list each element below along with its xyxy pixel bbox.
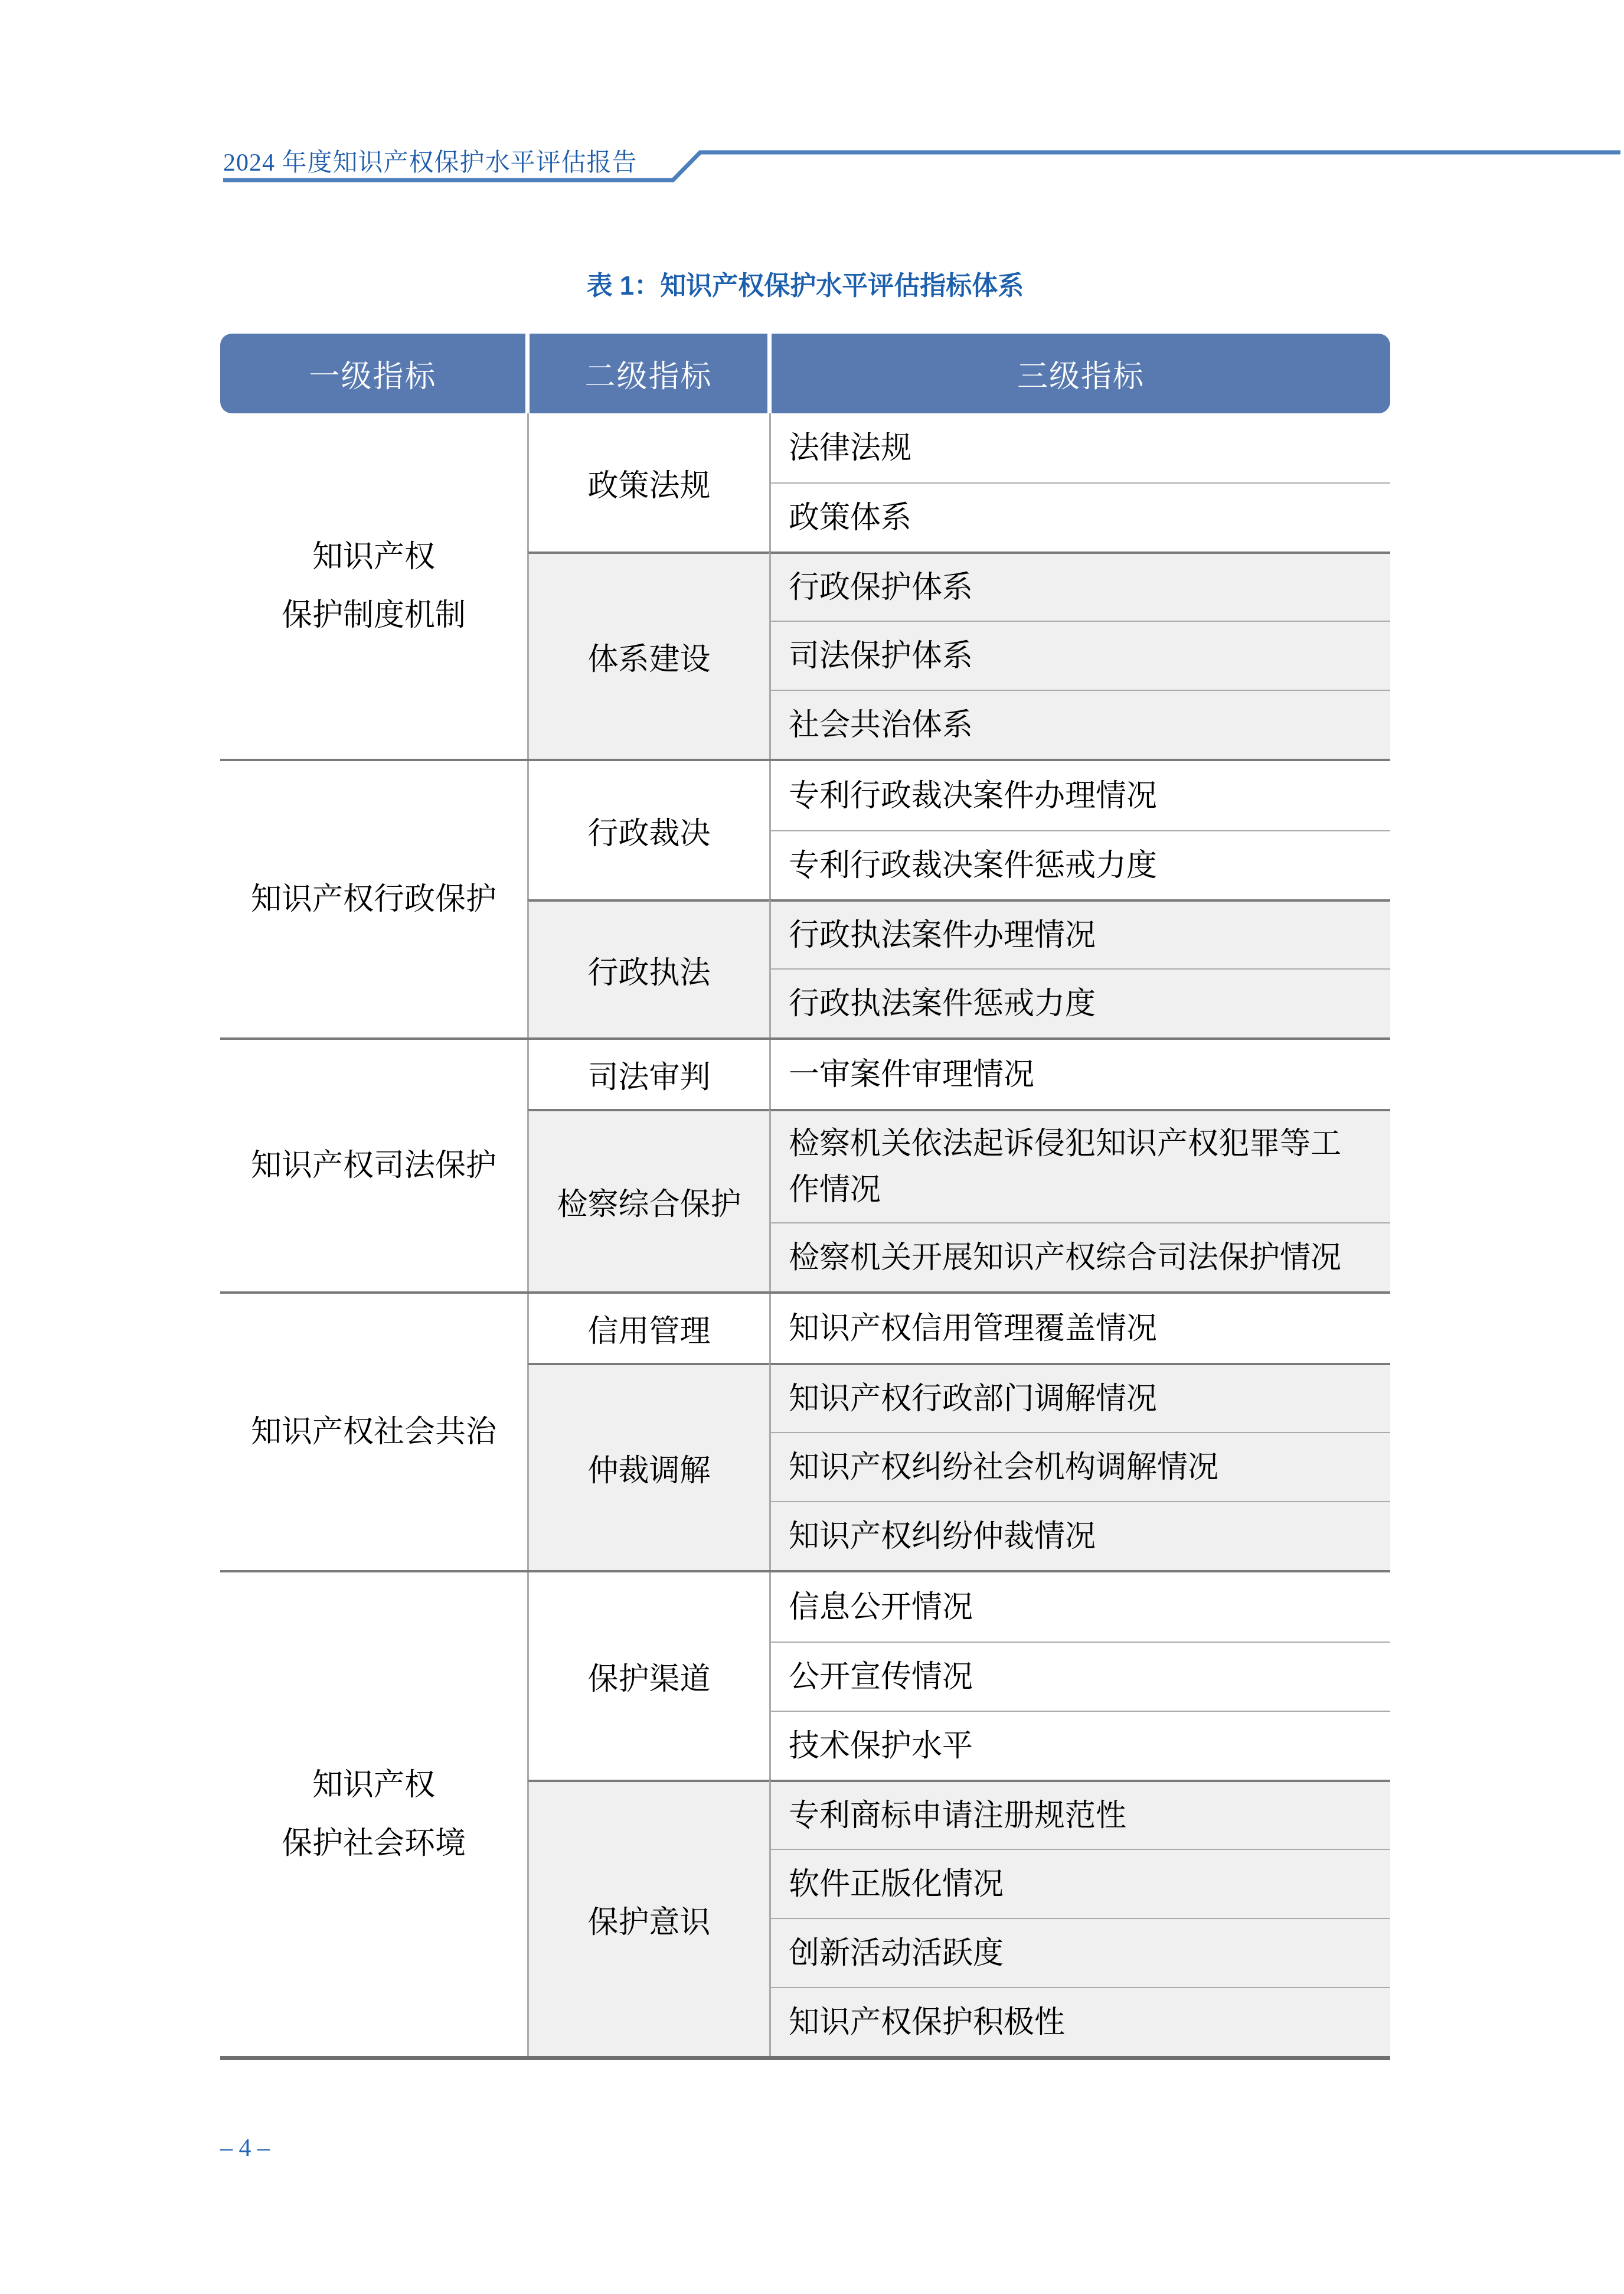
level2-cell: 体系建设 [527, 552, 769, 759]
page-number: – 4 – [220, 2134, 270, 2162]
table-group-judicial-protection: 知识产权司法保护 司法审判 一审案件审理情况 检察综合保护 检察机关依法起诉侵犯… [220, 1040, 1390, 1294]
level3-cell: 法律法规 [769, 413, 1390, 482]
table-header-level2: 二级指标 [530, 334, 767, 413]
table-header-level3: 三级指标 [772, 334, 1390, 413]
level2-cell: 保护渠道 [527, 1572, 769, 1780]
level2-cell: 司法审判 [527, 1040, 769, 1109]
level3-cell: 知识产权信用管理覆盖情况 [769, 1294, 1390, 1363]
level2-cell: 行政执法 [527, 899, 769, 1037]
level3-cell: 社会共治体系 [769, 690, 1390, 759]
level3-cell: 一审案件审理情况 [769, 1040, 1390, 1109]
level2-cell: 检察综合保护 [527, 1109, 769, 1291]
level3-cell: 知识产权纠纷仲裁情况 [769, 1501, 1390, 1570]
level2-cell: 信用管理 [527, 1294, 769, 1363]
table-group-social-environment: 知识产权 保护社会环境 保护渠道 信息公开情况 公开宣传情况 技术保护水平 保护… [220, 1572, 1390, 2060]
level2-cell: 仲裁调解 [527, 1363, 769, 1570]
level3-cell: 检察机关开展知识产权综合司法保护情况 [769, 1222, 1390, 1291]
table-title: 表 1：知识产权保护水平评估指标体系 [220, 265, 1390, 302]
level1-cell: 知识产权 保护社会环境 [220, 1572, 527, 2056]
level3-cell: 行政保护体系 [769, 552, 1390, 621]
level2-cell: 政策法规 [527, 413, 769, 552]
level3-cell: 软件正版化情况 [769, 1849, 1390, 1918]
level1-cell: 知识产权司法保护 [220, 1040, 527, 1291]
table-header-row: 一级指标 二级指标 三级指标 [220, 334, 1390, 413]
level3-cell: 专利行政裁决案件办理情况 [769, 761, 1390, 830]
indicator-table: 一级指标 二级指标 三级指标 知识产权 保护制度机制 政策法规 法律法规 政策体… [220, 334, 1390, 2060]
level3-cell: 行政执法案件惩戒力度 [769, 968, 1390, 1037]
level3-cell: 创新活动活跃度 [769, 1918, 1390, 1987]
level3-cell: 司法保护体系 [769, 621, 1390, 690]
level2-cell: 保护意识 [527, 1780, 769, 2056]
level3-cell: 行政执法案件办理情况 [769, 899, 1390, 968]
table-body: 知识产权 保护制度机制 政策法规 法律法规 政策体系 体系建设 行政保护体系 司… [220, 413, 1390, 2060]
level2-cell: 行政裁决 [527, 761, 769, 899]
level1-cell: 知识产权社会共治 [220, 1294, 527, 1570]
level3-cell: 专利行政裁决案件惩戒力度 [769, 830, 1390, 899]
table-group-system-mechanism: 知识产权 保护制度机制 政策法规 法律法规 政策体系 体系建设 行政保护体系 司… [220, 413, 1390, 761]
level1-cell: 知识产权行政保护 [220, 761, 527, 1037]
header-rule-line [0, 148, 1624, 189]
table-group-administrative-protection: 知识产权行政保护 行政裁决 专利行政裁决案件办理情况 专利行政裁决案件惩戒力度 … [220, 761, 1390, 1040]
level3-cell: 知识产权保护积极性 [769, 1987, 1390, 2056]
level3-cell: 知识产权纠纷社会机构调解情况 [769, 1432, 1390, 1501]
table-group-social-cogovernance: 知识产权社会共治 信用管理 知识产权信用管理覆盖情况 仲裁调解 知识产权行政部门… [220, 1294, 1390, 1572]
level3-cell: 专利商标申请注册规范性 [769, 1780, 1390, 1849]
level3-cell: 技术保护水平 [769, 1711, 1390, 1780]
table-header-level1: 一级指标 [220, 334, 525, 413]
level3-cell: 信息公开情况 [769, 1572, 1390, 1642]
level3-cell: 检察机关依法起诉侵犯知识产权犯罪等工作情况 [769, 1109, 1390, 1222]
level3-cell: 知识产权行政部门调解情况 [769, 1363, 1390, 1432]
document-page: 2024 年度知识产权保护水平评估报告 表 1：知识产权保护水平评估指标体系 一… [0, 0, 1624, 2294]
level3-cell: 政策体系 [769, 482, 1390, 552]
level3-cell: 公开宣传情况 [769, 1642, 1390, 1711]
level1-cell: 知识产权 保护制度机制 [220, 413, 527, 759]
